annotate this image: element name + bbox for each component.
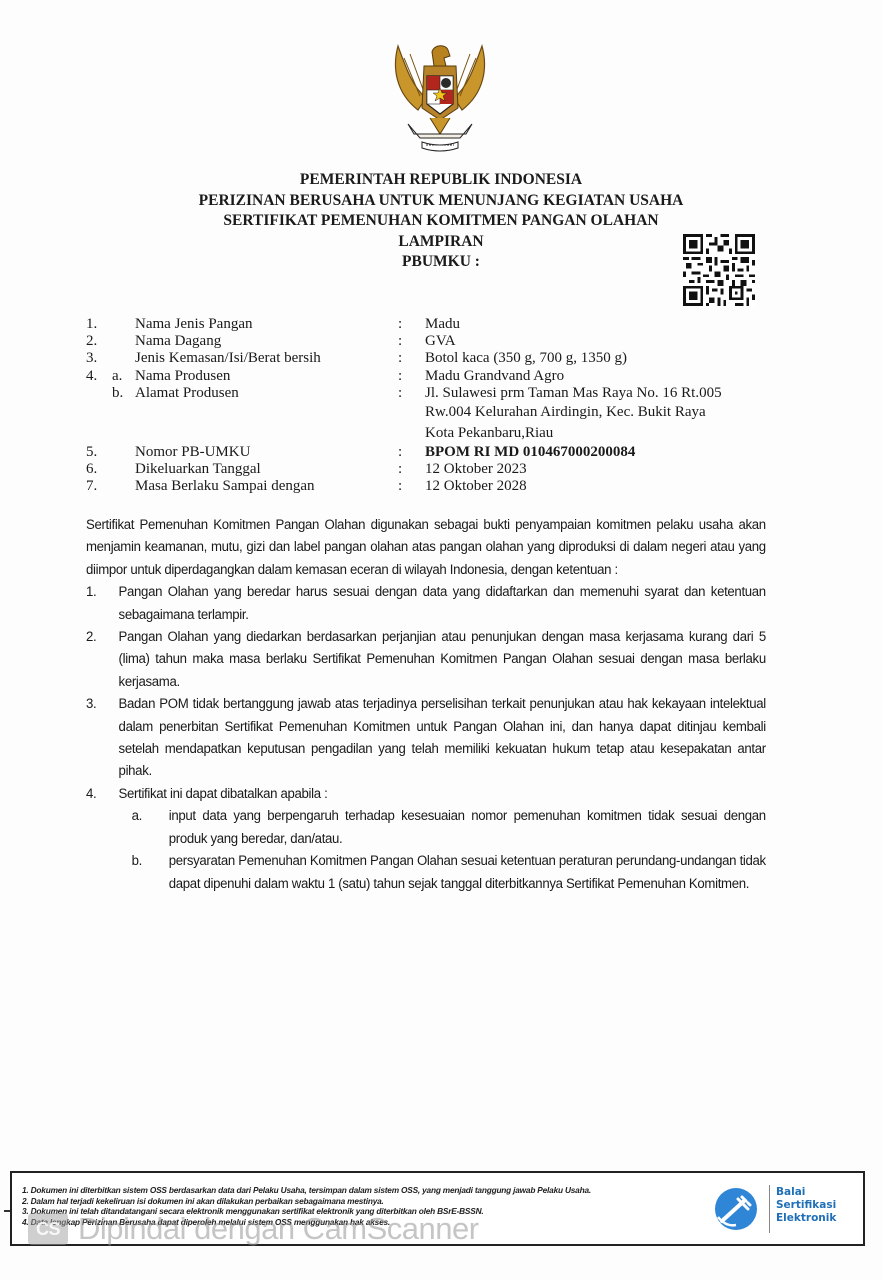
footer-note: 2. Dalam hal terjadi kekeliruan isi doku… [22, 1196, 591, 1207]
cancellation-conditions: a. input data yang berpengaruh terhadap … [119, 805, 766, 895]
field-label: Masa Berlaku Sampai dengan [135, 478, 315, 495]
field-value: 12 Oktober 2028 [425, 478, 527, 495]
condition-item: b. persyaratan Pemenuhan Komitmen Pangan… [132, 850, 766, 895]
field-value: Jl. Sulawesi prm Taman Mas Raya No. 16 R… [425, 385, 722, 402]
field-value: 12 Oktober 2023 [425, 461, 527, 478]
footer-note: 1. Dokumen ini diterbitkan sistem OSS be… [22, 1185, 591, 1196]
field-label: Alamat Produsen [135, 385, 239, 402]
field-value: Madu [425, 316, 460, 333]
provisions-list: 1. Pangan Olahan yang beredar harus sesu… [86, 581, 766, 895]
provision-item: 3. Badan POM tidak bertanggung jawab ata… [86, 693, 766, 783]
provision-item: 4. Sertifikat ini dapat dibatalkan apabi… [86, 783, 766, 895]
provision-item: 1. Pangan Olahan yang beredar harus sesu… [86, 581, 766, 626]
watermark-text: Dipindai dengan CamScanner [78, 1211, 479, 1247]
field-label: Nomor PB-UMKU [135, 444, 250, 461]
field-value: Botol kaca (350 g, 700 g, 1350 g) [425, 350, 627, 367]
header-licensing: PERIZINAN BERUSAHA UNTUK MENUNJANG KEGIA… [0, 191, 882, 212]
field-value: Madu Grandvand Agro [425, 368, 564, 385]
garuda-emblem-icon [390, 38, 490, 156]
bsre-label: Balai Sertifikasi Elektronik [776, 1186, 836, 1225]
field-label: Dikeluarkan Tanggal [135, 461, 261, 478]
certificate-body: Sertifikat Pemenuhan Komitmen Pangan Ola… [86, 514, 766, 895]
camscanner-icon: CS [28, 1213, 68, 1245]
header-certificate-title: SERTIFIKAT PEMENUHAN KOMITMEN PANGAN OLA… [0, 211, 882, 232]
qr-code-icon[interactable] [683, 234, 755, 306]
field-label: Jenis Kemasan/Isi/Berat bersih [135, 350, 321, 367]
intro-paragraph: Sertifikat Pemenuhan Komitmen Pangan Ola… [86, 514, 766, 581]
field-value: Kota Pekanbaru,Riau [425, 425, 553, 442]
condition-item: a. input data yang berpengaruh terhadap … [132, 805, 766, 850]
header-government: PEMERINTAH REPUBLIK INDONESIA [0, 170, 882, 191]
field-value: Rw.004 Kelurahan Airdingin, Kec. Bukit R… [425, 404, 706, 421]
field-label: Nama Produsen [135, 368, 230, 385]
bsre-key-icon [714, 1187, 758, 1231]
camscanner-watermark: CS Dipindai dengan CamScanner [28, 1209, 479, 1249]
field-label: Nama Jenis Pangan [135, 316, 252, 333]
field-value-registration-number: BPOM RI MD 010467000200084 [425, 444, 635, 461]
bsre-divider [769, 1185, 770, 1233]
provision-item: 2. Pangan Olahan yang diedarkan berdasar… [86, 626, 766, 693]
bsre-logo: Balai Sertifikasi Elektronik [714, 1183, 854, 1235]
field-label: Nama Dagang [135, 333, 221, 350]
field-value: GVA [425, 333, 456, 350]
